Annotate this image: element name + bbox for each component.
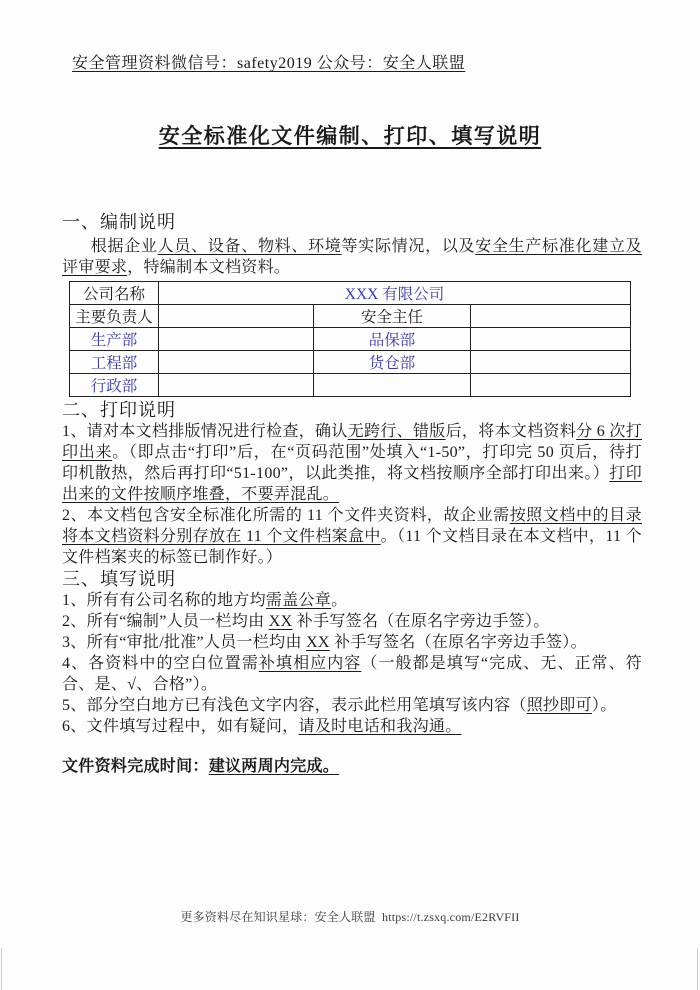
company-table-cell: 行政部 <box>70 374 159 397</box>
company-table-blank-cell <box>159 328 314 351</box>
underlined-text: 请及时电话和我沟通。 <box>299 718 462 735</box>
page-title: 安全标准化文件编制、打印、填写说明 <box>159 124 542 148</box>
company-table-blank-cell <box>471 305 631 328</box>
company-table-blank-cell <box>159 374 314 397</box>
table-row: 生产部品保部 <box>70 328 631 351</box>
doc-title-wrap: 安全标准化文件编制、打印、填写说明 <box>0 120 700 150</box>
company-table-cell: 品保部 <box>314 328 471 351</box>
text-run: 等实际情况，以及 <box>342 238 476 255</box>
company-table-cell: 工程部 <box>70 351 159 374</box>
text-run: 1、所有有公司名称的地方均 <box>62 592 266 609</box>
underlined-text: 人员、设备、物料、环境 <box>158 238 342 255</box>
company-table-cell: 货仓部 <box>314 351 471 374</box>
company-table-cell: XXX 有限公司 <box>159 282 631 305</box>
fill-item-6: 6、文件填写过程中，如有疑问，请及时电话和我沟通。 <box>62 716 642 737</box>
text-run: 5、部分空白地方已有浅色文字内容，表示此栏用笔填写该内容（ <box>62 697 527 714</box>
company-table-cell: 安全主任 <box>314 305 471 328</box>
company-table-blank-cell <box>159 351 314 374</box>
text-run: 4、各资料中的空白位置需 <box>62 655 259 672</box>
underlined-text: XX <box>306 634 330 651</box>
company-table-blank-cell <box>471 351 631 374</box>
completion-line: 文件资料完成时间：建议两周内完成。 <box>62 756 642 777</box>
fill-item-5: 5、部分空白地方已有浅色文字内容，表示此栏用笔填写该内容（照抄即可）。 <box>62 695 642 716</box>
text-run: ）。 <box>592 697 617 714</box>
text-run: 后，将本文档资料 <box>446 423 577 440</box>
section-heading-print: 二、打印说明 <box>62 399 642 421</box>
text-run: 3、所有“审批/批准”人员一栏均由 <box>62 634 306 651</box>
company-table-blank-cell <box>314 374 471 397</box>
company-table-cell: 公司名称 <box>70 282 159 305</box>
text-run: 6、文件填写过程中，如有疑问， <box>62 718 299 735</box>
company-table-cell: 主要负责人 <box>70 305 159 328</box>
company-table: 公司名称XXX 有限公司主要负责人安全主任生产部品保部工程部货仓部行政部 <box>69 281 631 397</box>
text-run: 补手写签名（在原名字旁边手签）。 <box>292 613 549 630</box>
page-edge-mark-left <box>1 948 2 990</box>
text-run: 2、所有“编制”人员一栏均由 <box>62 613 269 630</box>
fill-item-4: 4、各资料中的空白位置需补填相应内容（一般都是填写“完成、无、正常、符合、是、√… <box>62 653 642 695</box>
text-run: 。 <box>331 592 347 609</box>
text-run: 1、请对本文档排版情况进行检查，确认 <box>62 423 348 440</box>
fill-item-1: 1、所有有公司名称的地方均需盖公章。 <box>62 590 642 611</box>
text-run: 根据企业 <box>91 238 158 255</box>
underlined-text: 照抄即可 <box>527 697 592 714</box>
text-run: 补手写签名（在原名字旁边手签）。 <box>330 634 587 651</box>
text-run: 。（即点击“打印”后，在“页码范围”处填入“1-50”，打印完 50 页后，待打… <box>62 444 642 482</box>
underlined-text: XX <box>269 613 293 630</box>
print-item-1: 1、请对本文档排版情况进行检查，确认无跨行、错版后，将本文档资料分 6 次打印出… <box>62 421 642 505</box>
section-heading-fill: 三、填写说明 <box>62 568 642 590</box>
doc-header-line: 安全管理资料微信号：safety2019 公众号：安全人联盟 <box>72 50 465 73</box>
underlined-text: 补填相应内容 <box>259 655 361 672</box>
company-table-blank-cell <box>471 328 631 351</box>
text-run: 2、本文档包含安全标准化所需的 11 个文件夹资料，故企业需 <box>62 507 510 524</box>
company-table-cell: 生产部 <box>70 328 159 351</box>
table-row: 主要负责人安全主任 <box>70 305 631 328</box>
document-page: 安全管理资料微信号：safety2019 公众号：安全人联盟 安全标准化文件编制… <box>0 0 700 990</box>
footer-line: 更多资料尽在知识星球：安全人联盟 https://t.zsxq.com/E2RV… <box>0 908 700 925</box>
underlined-text: 需盖公章 <box>266 592 331 609</box>
text-run: ，特编制本文档资料。 <box>127 259 290 276</box>
fill-item-3: 3、所有“审批/批准”人员一栏均由 XX 补手写签名（在原名字旁边手签）。 <box>62 632 642 653</box>
page-edge-mark-right <box>697 948 698 990</box>
fill-item-2: 2、所有“编制”人员一栏均由 XX 补手写签名（在原名字旁边手签）。 <box>62 611 642 632</box>
table-row: 行政部 <box>70 374 631 397</box>
company-table-blank-cell <box>471 374 631 397</box>
company-table-blank-cell <box>159 305 314 328</box>
doc-content: 一、编制说明 根据企业人员、设备、物料、环境等实际情况，以及安全生产标准化建立及… <box>62 211 642 777</box>
table-row: 工程部货仓部 <box>70 351 631 374</box>
underlined-text: 无跨行、错版 <box>348 423 446 440</box>
section-heading-compile: 一、编制说明 <box>62 211 642 233</box>
text-run: 文件资料完成时间： <box>62 758 209 775</box>
table-row: 公司名称XXX 有限公司 <box>70 282 631 305</box>
underlined-text: 建议两周内完成。 <box>209 758 339 775</box>
compile-paragraph: 根据企业人员、设备、物料、环境等实际情况，以及安全生产标准化建立及评审要求，特编… <box>62 236 642 278</box>
print-item-2: 2、本文档包含安全标准化所需的 11 个文件夹资料，故企业需按照文档中的目录将本… <box>62 505 642 568</box>
company-table-body: 公司名称XXX 有限公司主要负责人安全主任生产部品保部工程部货仓部行政部 <box>70 282 631 397</box>
